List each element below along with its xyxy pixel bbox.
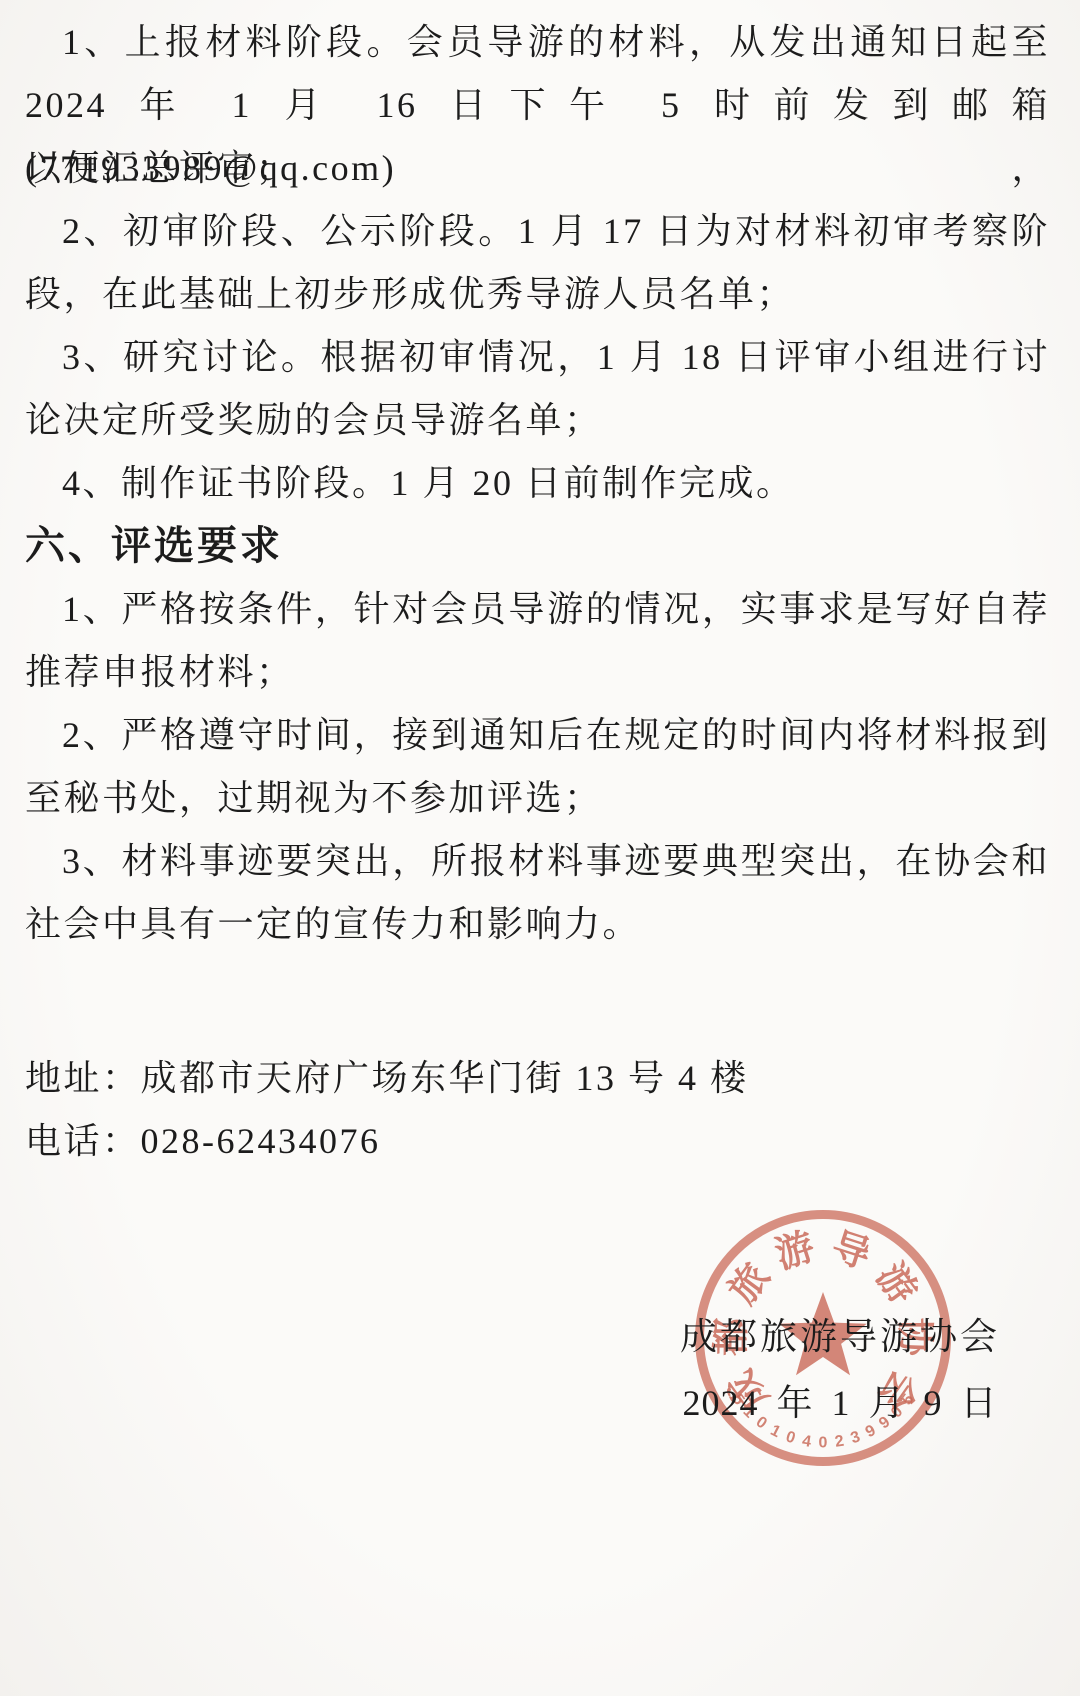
document-line: 社会中具有一定的宣传力和影响力。 [25,893,1050,956]
document-line: 4、制作证书阶段。1 月 20 日前制作完成。 [25,452,1050,515]
section-heading: 六、评选要求 [25,515,1050,578]
seal-serial-digit: 0 [819,1435,828,1452]
contact-block: 地址：成都市天府广场东华门街 13 号 4 楼 电话：028-62434076 [25,1047,1050,1173]
contact-address: 地址：成都市天府广场东华门街 13 号 4 楼 [25,1047,1050,1110]
contact-phone: 电话：028-62434076 [25,1110,1050,1173]
document-line: 1、上报材料阶段。会员导游的材料，从发出通知日起至 [25,11,1050,74]
seal-character: 旅 [722,1256,778,1312]
document-line: 推荐申报材料； [25,641,1050,704]
document-line: 至秘书处，过期视为不参加评选； [25,767,1050,830]
document-line: 3、材料事迹要突出，所报材料事迹要典型突出，在协会和 [25,830,1050,893]
document-line: 段，在此基础上初步形成优秀导游人员名单； [25,263,1050,326]
document-line: 2、初审阶段、公示阶段。1 月 17 日为对材料初审考察阶 [25,200,1050,263]
seal-character: 游 [771,1226,820,1278]
signature-date: 2024 年 1 月 9 日 [640,1372,1040,1435]
seal-serial-digit: 2 [834,1433,846,1451]
document-line: 1、严格按条件，针对会员导游的情况，实事求是写好自荐 [25,578,1050,641]
document-line: 3、研究讨论。根据初审情况，1 月 18 日评审小组进行讨 [25,326,1050,389]
document-line: 论决定所受奖励的会员导游名单； [25,389,1050,452]
document-body: 1、上报材料阶段。会员导游的材料，从发出通知日起至 2024 年 1 月 16 … [25,11,1050,956]
seal-character: 游 [868,1256,924,1312]
document-page: 1、上报材料阶段。会员导游的材料，从发出通知日起至 2024 年 1 月 16 … [0,0,1080,1696]
signature-organization: 成都旅游导游协会 [640,1306,1040,1369]
seal-character: 导 [826,1226,875,1278]
seal-serial-digit: 4 [801,1433,813,1451]
document-line: 2、严格遵守时间，接到通知后在规定的时间内将材料报到 [25,704,1050,767]
document-line: 2024 年 1 月 16 日下午 5 时前发到邮箱(771933989@qq.… [25,74,1050,137]
